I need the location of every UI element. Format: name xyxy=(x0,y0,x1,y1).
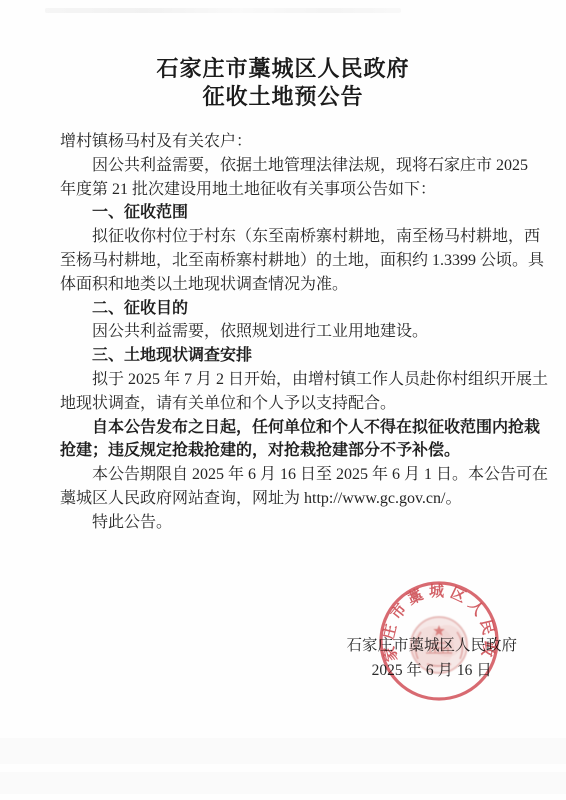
body-line: 拟征收你村位于村东（东至南桥寨村耕地，南至杨马村耕地，西 xyxy=(60,225,520,249)
body-line: 至杨马村耕地，北至南桥寨村耕地）的土地，面积约 1.3399 公顷。具 xyxy=(60,249,520,273)
body-line: 因公共利益需要，依据土地管理法律法规，现将石家庄市 2025 xyxy=(60,154,520,178)
scan-smudge xyxy=(45,8,401,13)
title-line-1: 石家庄市藁城区人民政府 xyxy=(0,55,566,83)
scanned-notice-page: 石家庄市藁城区人民政府 征收土地预公告 增村镇杨马村及有关农户： 因公共利益需要… xyxy=(0,0,566,800)
seal-graphic: 石家庄市藁城区人民政府 xyxy=(377,579,501,703)
salutation-line: 增村镇杨马村及有关农户： xyxy=(60,130,520,154)
notice-body: 增村镇杨马村及有关农户： 因公共利益需要，依据土地管理法律法规，现将石家庄市 2… xyxy=(60,130,520,535)
official-seal: 石家庄市藁城区人民政府 xyxy=(377,579,501,703)
warning-line: 抢建；违反规定抢栽抢建的，对抢栽抢建部分不予补偿。 xyxy=(60,439,520,463)
scan-noise xyxy=(0,738,566,764)
body-line: 因公共利益需要，依照规划进行工业用地建设。 xyxy=(60,320,520,344)
body-line: 体面积和地类以土地现状调查情况为准。 xyxy=(60,273,520,297)
body-line: 藁城区人民政府网站查询，网址为 http://www.gc.gov.cn/。 xyxy=(60,487,520,511)
closing-line: 特此公告。 xyxy=(60,511,520,535)
scan-noise xyxy=(0,772,566,794)
body-line: 年度第 21 批次建设用地土地征收有关事项公告如下： xyxy=(60,178,520,202)
body-line: 拟于 2025 年 7 月 2 日开始，由增村镇工作人员赴你村组织开展土 xyxy=(60,368,520,392)
body-line: 地现状调查，请有关单位和个人予以支持配合。 xyxy=(60,392,520,416)
title-line-2: 征收土地预公告 xyxy=(0,83,566,111)
section-heading-2: 二、征收目的 xyxy=(60,297,520,321)
document-title: 石家庄市藁城区人民政府 征收土地预公告 xyxy=(0,55,566,111)
national-emblem-icon xyxy=(411,617,467,673)
section-heading-1: 一、征收范围 xyxy=(60,201,520,225)
section-heading-3: 三、土地现状调查安排 xyxy=(60,344,520,368)
warning-line: 自本公告发布之日起，任何单位和个人不得在拟征收范围内抢栽 xyxy=(60,416,520,440)
body-line: 本公告期限自 2025 年 6 月 16 日至 2025 年 6 月 1 日。本… xyxy=(60,463,520,487)
